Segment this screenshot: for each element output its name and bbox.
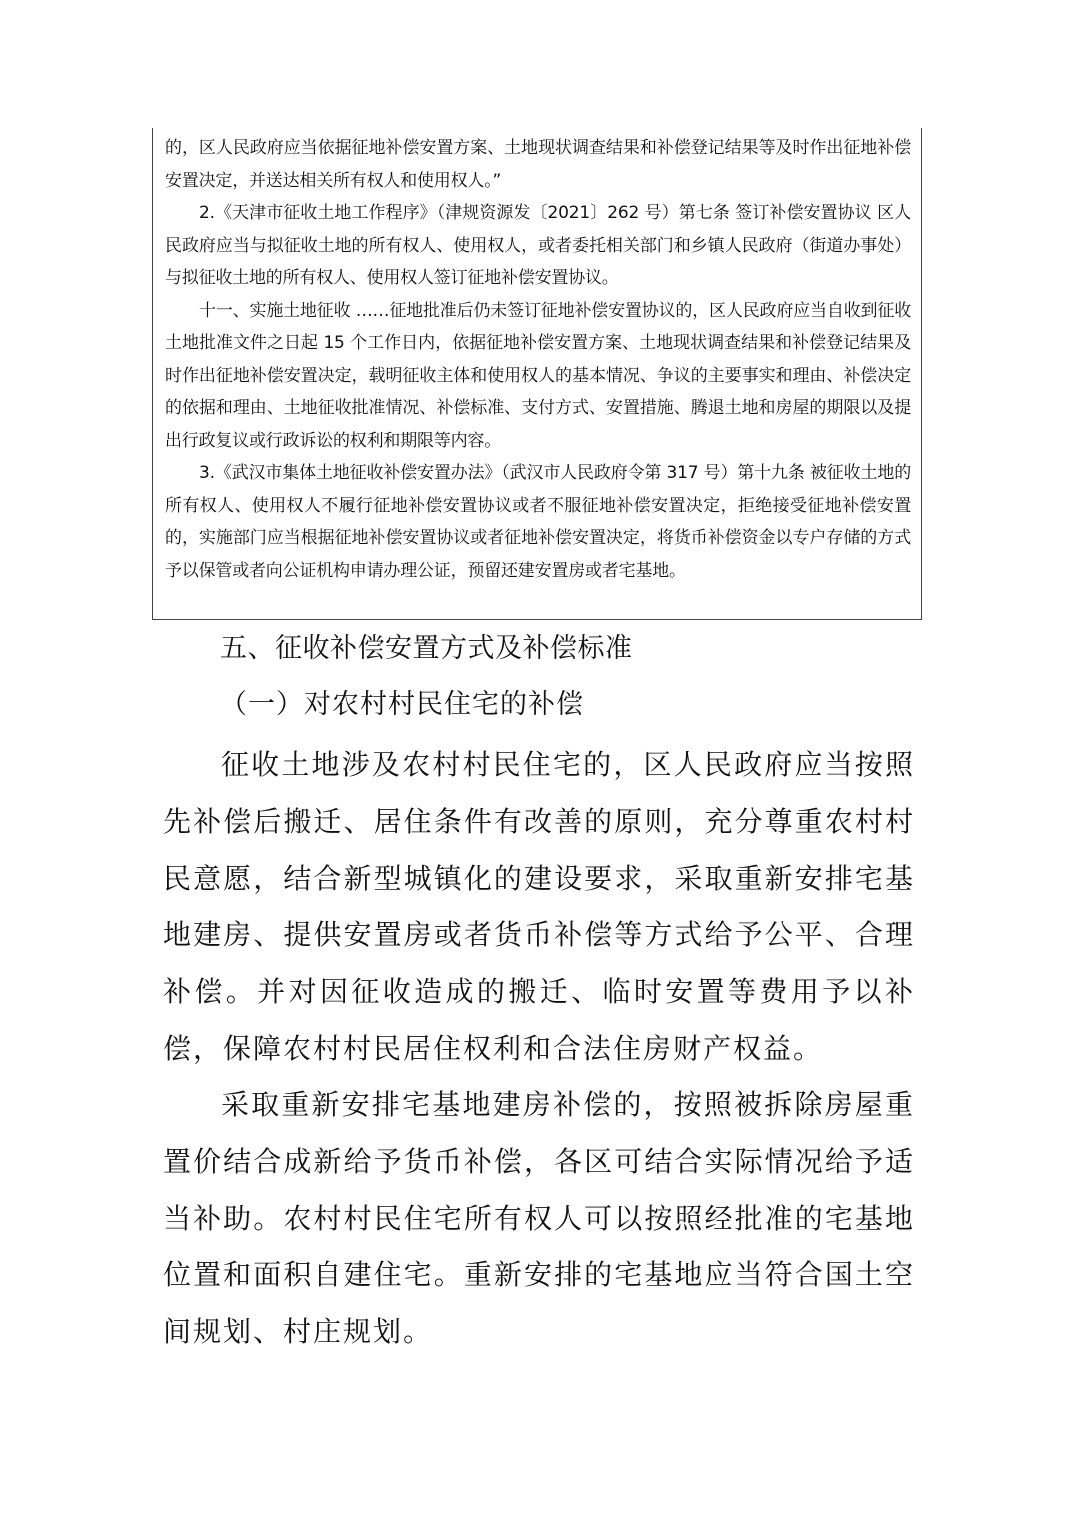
legal-citation-box: 的，区人民政府应当依据征地补偿安置方案、土地现状调查结果和补偿登记结果等及时作出… bbox=[152, 128, 922, 620]
body-paragraph: 征收土地涉及农村村民住宅的，区人民政府应当按照先补偿后搬迁、居住条件有改善的原则… bbox=[163, 737, 915, 1078]
subsection-heading: （一）对农村村民住宅的补偿 bbox=[220, 682, 584, 728]
citation-paragraph-implementation: 十一、实施土地征收 ……征地批准后仍未签订征地补偿安置协议的，区人民政府应当自收… bbox=[165, 295, 911, 458]
section-heading: 五、征收补偿安置方式及补偿标准 bbox=[220, 626, 633, 672]
citation-paragraph-wuhan: 3.《武汉市集体土地征收补偿安置办法》（武汉市人民政府令第 317 号）第十九条… bbox=[165, 457, 911, 587]
citation-paragraph-tianjin: 2.《天津市征收土地工作程序》（津规资源发〔2021〕262 号）第七条 签订补… bbox=[165, 197, 911, 295]
citation-paragraph-continued: 的，区人民政府应当依据征地补偿安置方案、土地现状调查结果和补偿登记结果等及时作出… bbox=[165, 132, 911, 197]
body-paragraph: 采取重新安排宅基地建房补偿的，按照被拆除房屋重置价结合成新给予货币补偿，各区可结… bbox=[163, 1077, 915, 1361]
